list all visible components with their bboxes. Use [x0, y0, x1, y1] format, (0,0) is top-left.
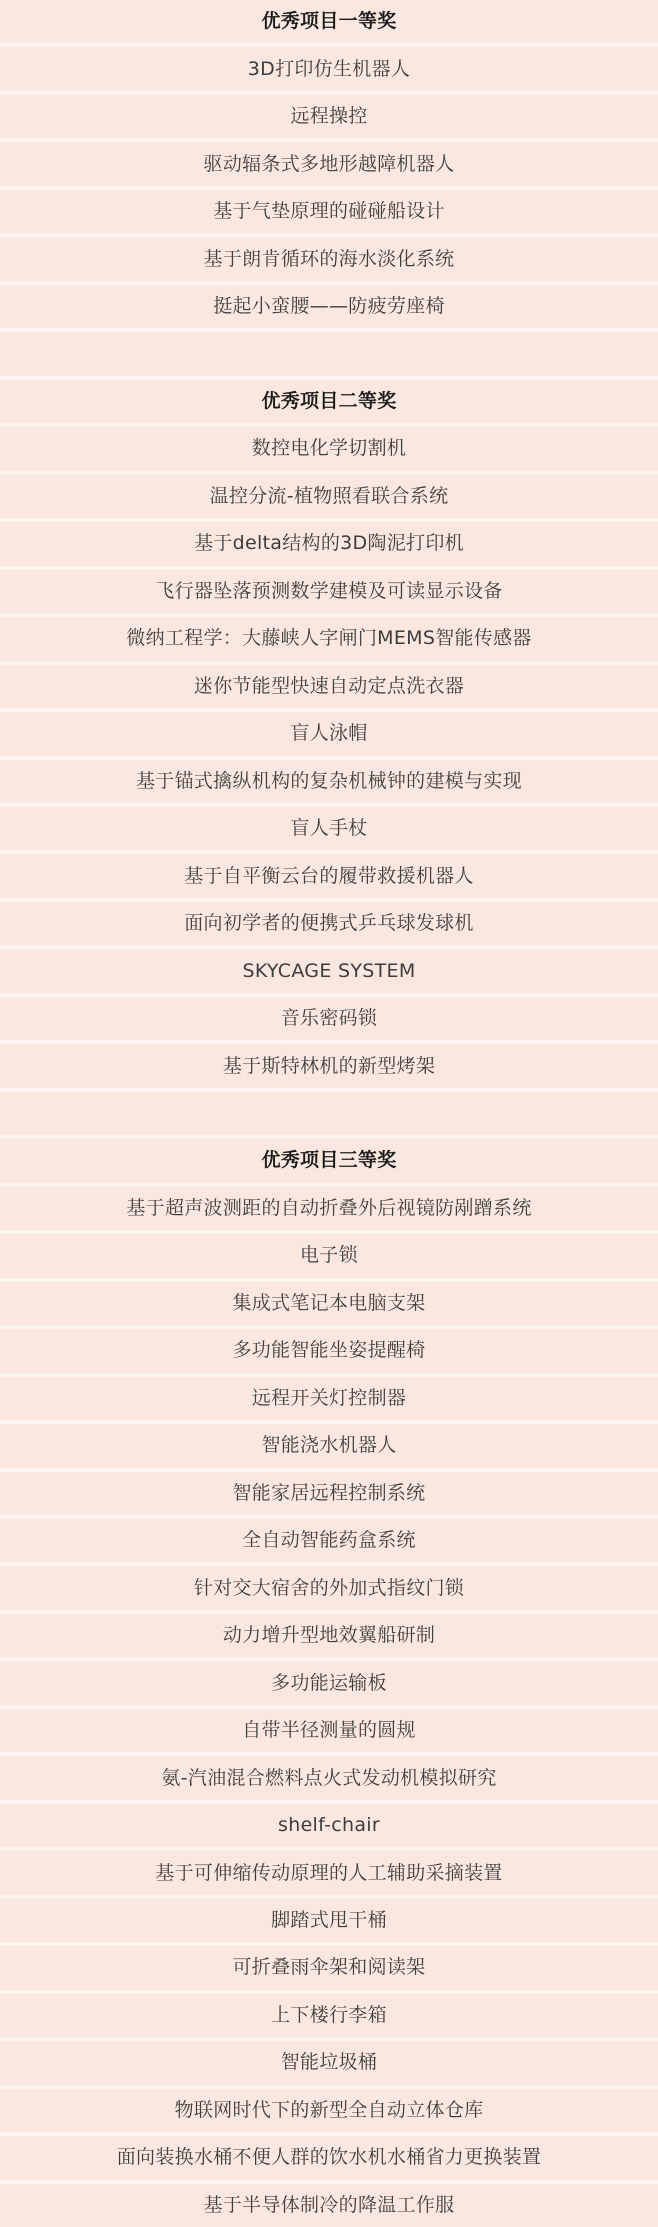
project-row: SKYCAGE SYSTEM	[0, 949, 658, 992]
project-row: 面向初学者的便携式乒乓球发球机	[0, 902, 658, 945]
project-row: 基于半导体制冷的降温工作服	[0, 2184, 658, 2227]
awards-table: 优秀项目一等奖3D打印仿生机器人远程操控驱动辐条式多地形越障机器人基于气垫原理的…	[0, 0, 658, 2227]
project-row: 集成式笔记本电脑支架	[0, 1282, 658, 1325]
project-row: 智能家居远程控制系统	[0, 1472, 658, 1515]
project-row: 基于朗肯循环的海水淡化系统	[0, 237, 658, 280]
project-row: 驱动辐条式多地形越障机器人	[0, 142, 658, 185]
project-row: 多功能运输板	[0, 1661, 658, 1704]
project-row: 基于delta结构的3D陶泥打印机	[0, 522, 658, 565]
project-row: 3D打印仿生机器人	[0, 47, 658, 90]
project-row: 电子锁	[0, 1234, 658, 1277]
project-row: 智能垃圾桶	[0, 2041, 658, 2084]
project-row: 基于斯特林机的新型烤架	[0, 1044, 658, 1087]
project-row: 全自动智能药盒系统	[0, 1519, 658, 1562]
project-row: 氨-汽油混合燃料点火式发动机模拟研究	[0, 1756, 658, 1799]
project-row: 盲人泳帽	[0, 712, 658, 755]
project-row: 上下楼行李箱	[0, 1994, 658, 2037]
project-row: 挺起小蛮腰——防疲劳座椅	[0, 285, 658, 328]
section-spacer-row	[0, 1092, 658, 1135]
project-row: 智能浇水机器人	[0, 1424, 658, 1467]
project-row: 脚踏式甩干桶	[0, 1899, 658, 1942]
project-row: 基于气垫原理的碰碰船设计	[0, 190, 658, 233]
project-row: shelf-chair	[0, 1804, 658, 1847]
project-row: 数控电化学切割机	[0, 427, 658, 470]
project-row: 温控分流-植物照看联合系统	[0, 475, 658, 518]
project-row: 自带半径测量的圆规	[0, 1709, 658, 1752]
prize-section-header: 优秀项目三等奖	[0, 1139, 658, 1182]
project-row: 物联网时代下的新型全自动立体仓库	[0, 2089, 658, 2132]
project-row: 基于超声波测距的自动折叠外后视镜防剐蹭系统	[0, 1187, 658, 1230]
project-row: 飞行器坠落预测数学建模及可读显示设备	[0, 570, 658, 613]
project-row: 可折叠雨伞架和阅读架	[0, 1946, 658, 1989]
section-spacer-row	[0, 332, 658, 375]
project-row: 远程开关灯控制器	[0, 1377, 658, 1420]
project-row: 动力增升型地效翼船研制	[0, 1614, 658, 1657]
prize-section-header: 优秀项目二等奖	[0, 380, 658, 423]
project-row: 基于锚式擒纵机构的复杂机械钟的建模与实现	[0, 760, 658, 803]
prize-section-header: 优秀项目一等奖	[0, 0, 658, 43]
project-row: 远程操控	[0, 95, 658, 138]
project-row: 音乐密码锁	[0, 997, 658, 1040]
project-row: 基于自平衡云台的履带救援机器人	[0, 854, 658, 897]
project-row: 面向装换水桶不便人群的饮水机水桶省力更换装置	[0, 2136, 658, 2179]
project-row: 针对交大宿舍的外加式指纹门锁	[0, 1566, 658, 1609]
project-row: 微纳工程学：大藤峡人字闸门MEMS智能传感器	[0, 617, 658, 660]
project-row: 盲人手杖	[0, 807, 658, 850]
project-row: 多功能智能坐姿提醒椅	[0, 1329, 658, 1372]
project-row: 迷你节能型快速自动定点洗衣器	[0, 665, 658, 708]
project-row: 基于可伸缩传动原理的人工辅助采摘装置	[0, 1851, 658, 1894]
